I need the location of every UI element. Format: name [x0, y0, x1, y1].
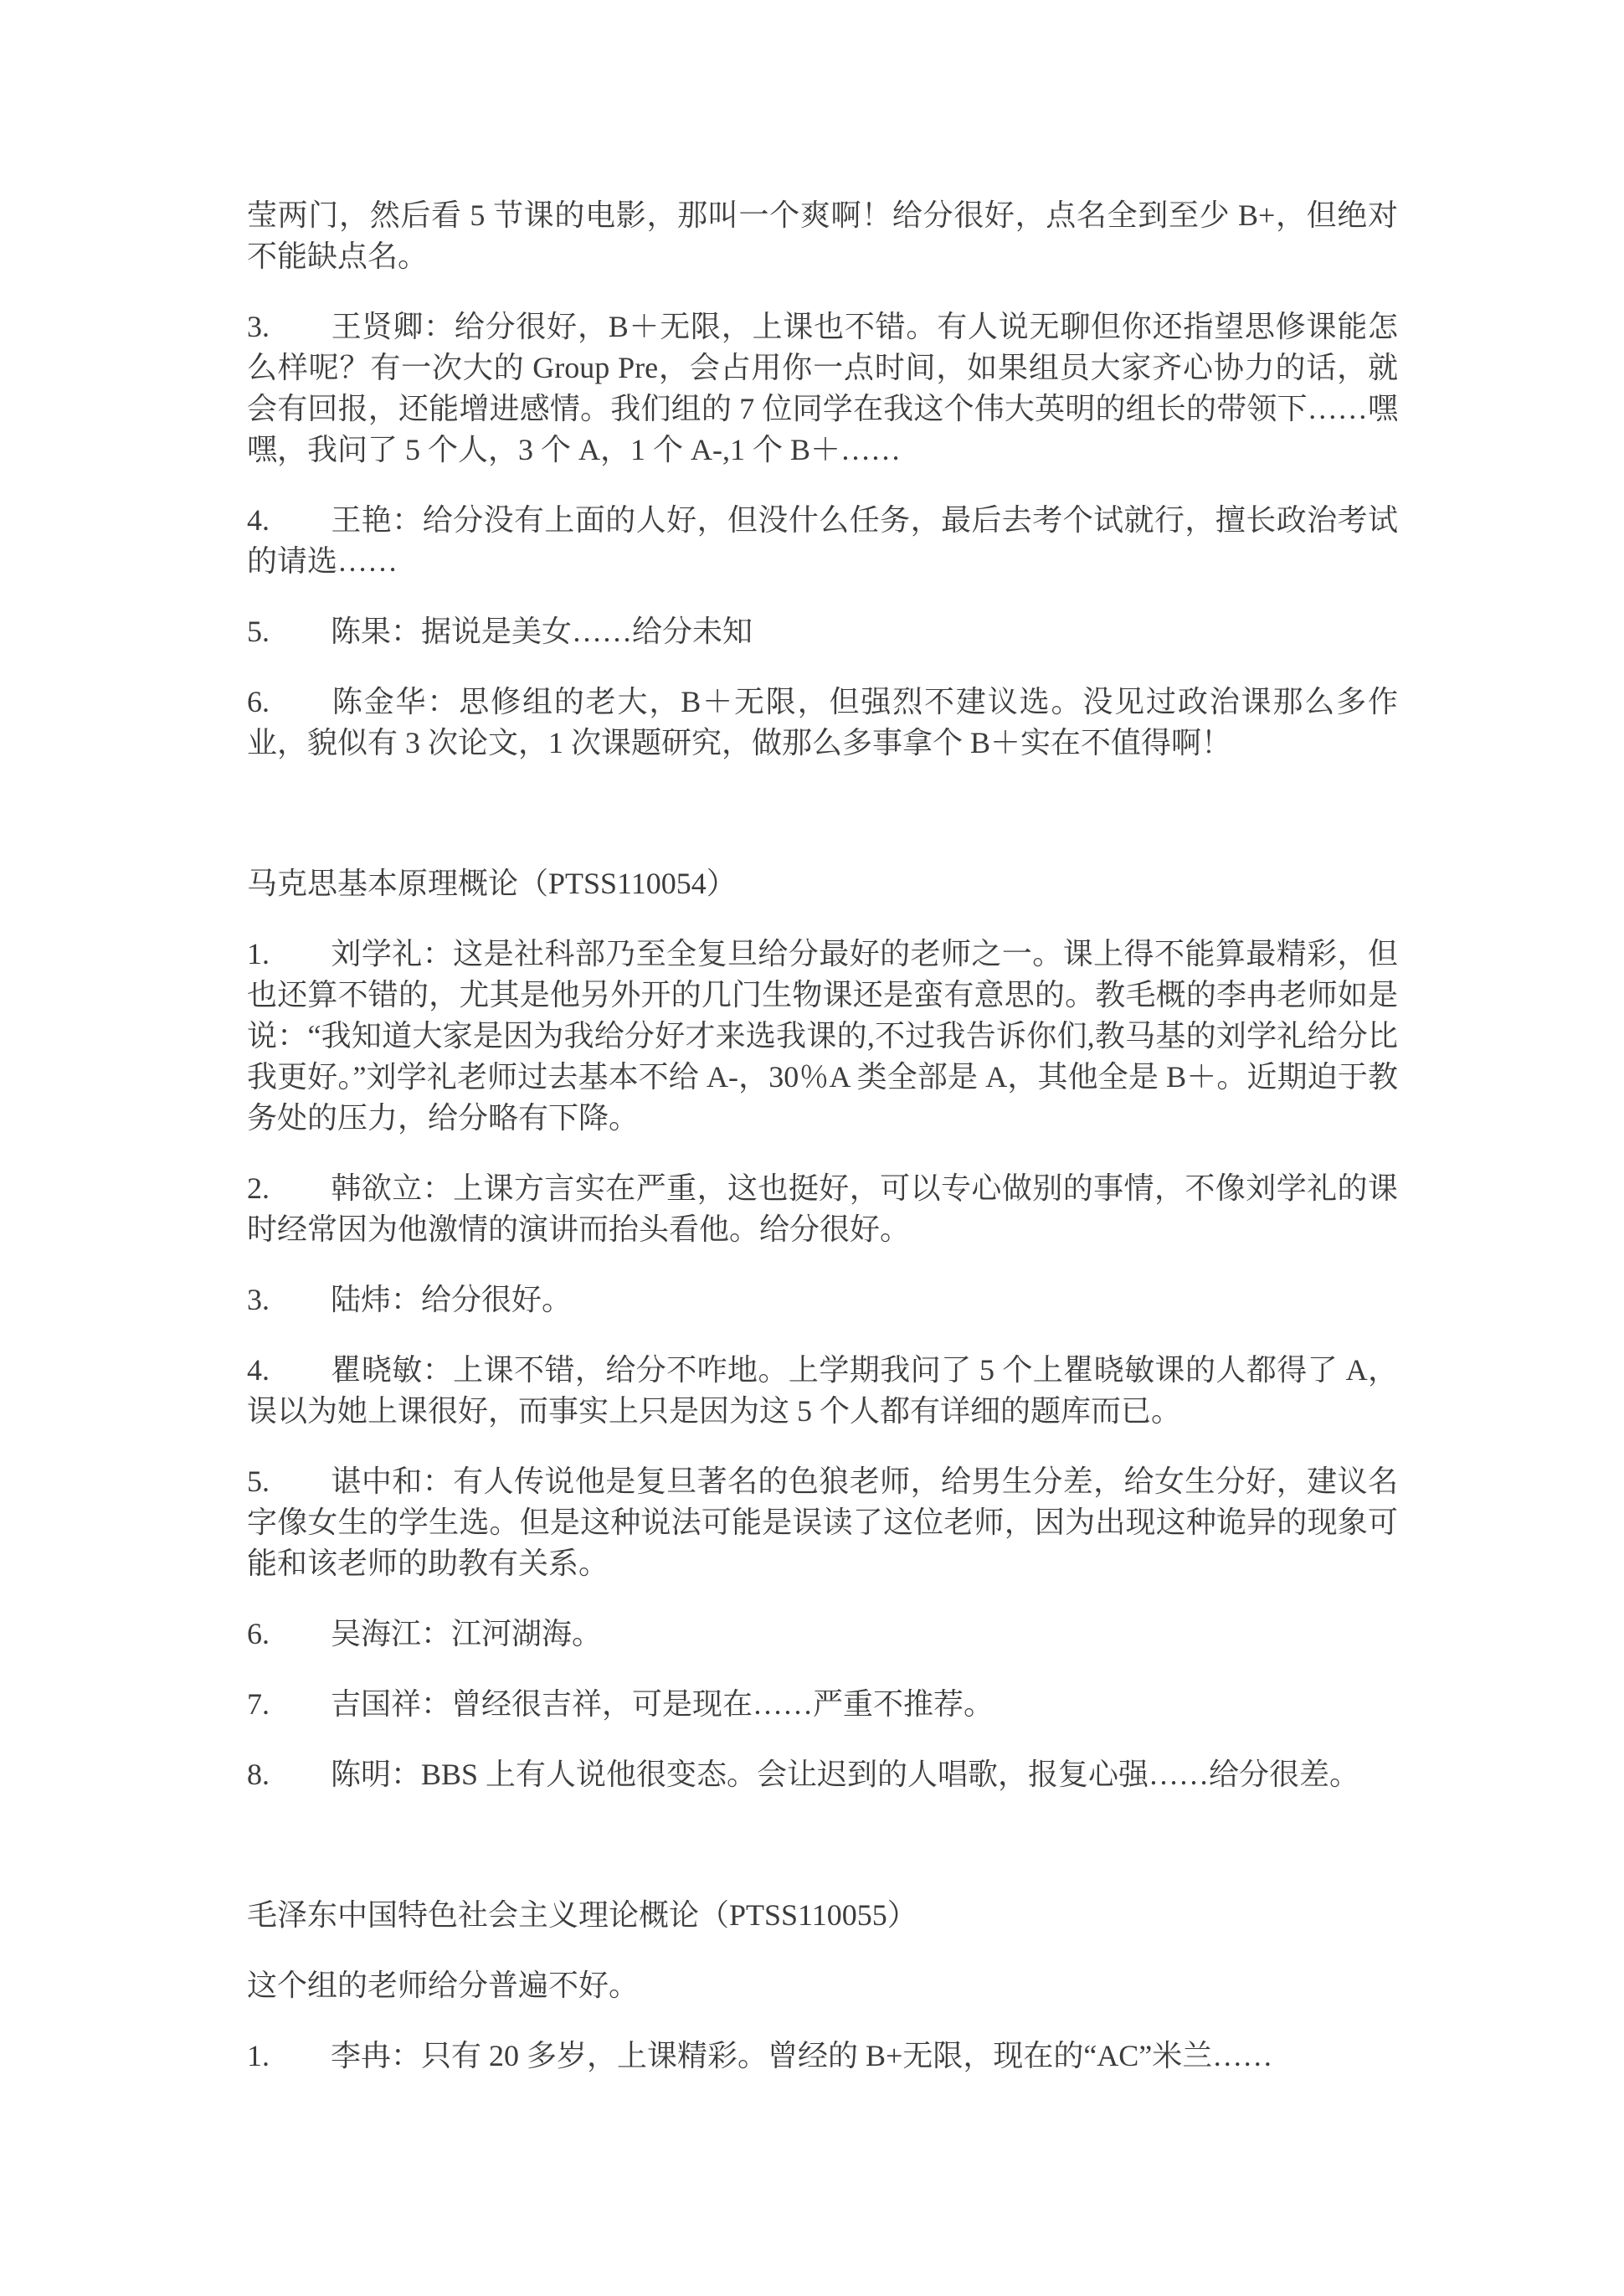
list-item: 2.韩欲立：上课方言实在严重，这也挺好，可以专心做别的事情，不像刘学礼的课时经常… — [247, 1168, 1398, 1250]
list-item-text: 吴海江：江河湖海。 — [331, 1617, 602, 1650]
list-item-text: 陈金华：思修组的老大，B＋无限，但强烈不建议选。没见过政治课那么多作业，貌似有 … — [247, 685, 1398, 759]
document-content: 莹两门，然后看 5 节课的电影，那叫一个爽啊！给分很好，点名全到至少 B+，但绝… — [247, 195, 1398, 2106]
list-item: 4.王艳：给分没有上面的人好，但没什么任务，最后去考个试就行，擅长政治考试的请选… — [247, 500, 1398, 582]
list-item: 5.陈果：据说是美女……给分未知 — [247, 611, 1398, 652]
section-heading: 毛泽东中国特色社会主义理论概论（PTSS110055） — [247, 1895, 1398, 1936]
paragraph: 这个组的老师给分普遍不好。 — [247, 1965, 1398, 2006]
list-item: 7.吉国祥：曾经很吉祥，可是现在……严重不推荐。 — [247, 1684, 1398, 1725]
list-item-number: 4. — [247, 1350, 331, 1391]
section-heading-text: 毛泽东中国特色社会主义理论概论（PTSS110055） — [247, 1898, 917, 1932]
list-item-number: 6. — [247, 1614, 331, 1655]
list-item-text: 陆炜：给分很好。 — [331, 1283, 572, 1316]
list-item-number: 5. — [247, 611, 331, 652]
list-item-text: 吉国祥：曾经很吉祥，可是现在……严重不推荐。 — [331, 1687, 994, 1721]
paragraph-text: 莹两门，然后看 5 节课的电影，那叫一个爽啊！给分很好，点名全到至少 B+，但绝… — [247, 198, 1398, 273]
list-item-text: 瞿晓敏：上课不错，给分不咋地。上学期我问了 5 个上瞿晓敏课的人都得了 A，误以… — [247, 1353, 1398, 1428]
list-item-text: 谌中和：有人传说他是复旦著名的色狼老师，给男生分差，给女生分好，建议名字像女生的… — [247, 1465, 1398, 1580]
list-item-number: 4. — [247, 500, 331, 541]
list-item-number: 2. — [247, 1168, 331, 1209]
list-item: 8.陈明：BBS 上有人说他很变态。会让迟到的人唱歌，报复心强……给分很差。 — [247, 1754, 1398, 1795]
list-item-text: 陈果：据说是美女……给分未知 — [331, 615, 753, 648]
paragraph-text: 这个组的老师给分普遍不好。 — [247, 1969, 639, 2002]
blank-line — [247, 1825, 1398, 1866]
list-item-text: 王贤卿：给分很好，B＋无限，上课也不错。有人说无聊但你还指望思修课能怎么样呢？有… — [247, 310, 1398, 466]
list-item-text: 王艳：给分没有上面的人好，但没什么任务，最后去考个试就行，擅长政治考试的请选…… — [247, 503, 1398, 578]
section-heading: 马克思基本原理概论（PTSS110054） — [247, 863, 1398, 904]
list-item-text: 李冉：只有 20 多岁，上课精彩。曾经的 B+无限，现在的“AC”米兰…… — [331, 2039, 1272, 2072]
list-item: 1.李冉：只有 20 多岁，上课精彩。曾经的 B+无限，现在的“AC”米兰…… — [247, 2036, 1398, 2077]
document-page: 莹两门，然后看 5 节课的电影，那叫一个爽啊！给分很好，点名全到至少 B+，但绝… — [0, 0, 1624, 2296]
list-item-number: 3. — [247, 1279, 331, 1320]
list-item-number: 7. — [247, 1684, 331, 1725]
list-item-text: 韩欲立：上课方言实在严重，这也挺好，可以专心做别的事情，不像刘学礼的课时经常因为… — [247, 1171, 1398, 1246]
list-item: 1.刘学礼：这是社科部乃至全复旦给分最好的老师之一。课上得不能算最精彩，但也还算… — [247, 934, 1398, 1139]
list-item-text: 陈明：BBS 上有人说他很变态。会让迟到的人唱歌，报复心强……给分很差。 — [331, 1758, 1359, 1791]
list-item-number: 5. — [247, 1461, 331, 1502]
list-item-number: 8. — [247, 1754, 331, 1795]
blank-line — [247, 793, 1398, 834]
list-item-number: 1. — [247, 934, 331, 975]
list-item-number: 1. — [247, 2036, 331, 2077]
paragraph: 莹两门，然后看 5 节课的电影，那叫一个爽啊！给分很好，点名全到至少 B+，但绝… — [247, 195, 1398, 277]
list-item: 6.陈金华：思修组的老大，B＋无限，但强烈不建议选。没见过政治课那么多作业，貌似… — [247, 682, 1398, 764]
list-item-number: 3. — [247, 306, 331, 347]
section-heading-text: 马克思基本原理概论（PTSS110054） — [247, 867, 737, 900]
list-item: 3.陆炜：给分很好。 — [247, 1279, 1398, 1320]
list-item: 4.瞿晓敏：上课不错，给分不咋地。上学期我问了 5 个上瞿晓敏课的人都得了 A，… — [247, 1350, 1398, 1432]
list-item-number: 6. — [247, 682, 331, 723]
list-item: 3.王贤卿：给分很好，B＋无限，上课也不错。有人说无聊但你还指望思修课能怎么样呢… — [247, 306, 1398, 471]
list-item: 6.吴海江：江河湖海。 — [247, 1614, 1398, 1655]
list-item-text: 刘学礼：这是社科部乃至全复旦给分最好的老师之一。课上得不能算最精彩，但也还算不错… — [247, 937, 1398, 1135]
list-item: 5.谌中和：有人传说他是复旦著名的色狼老师，给男生分差，给女生分好，建议名字像女… — [247, 1461, 1398, 1584]
